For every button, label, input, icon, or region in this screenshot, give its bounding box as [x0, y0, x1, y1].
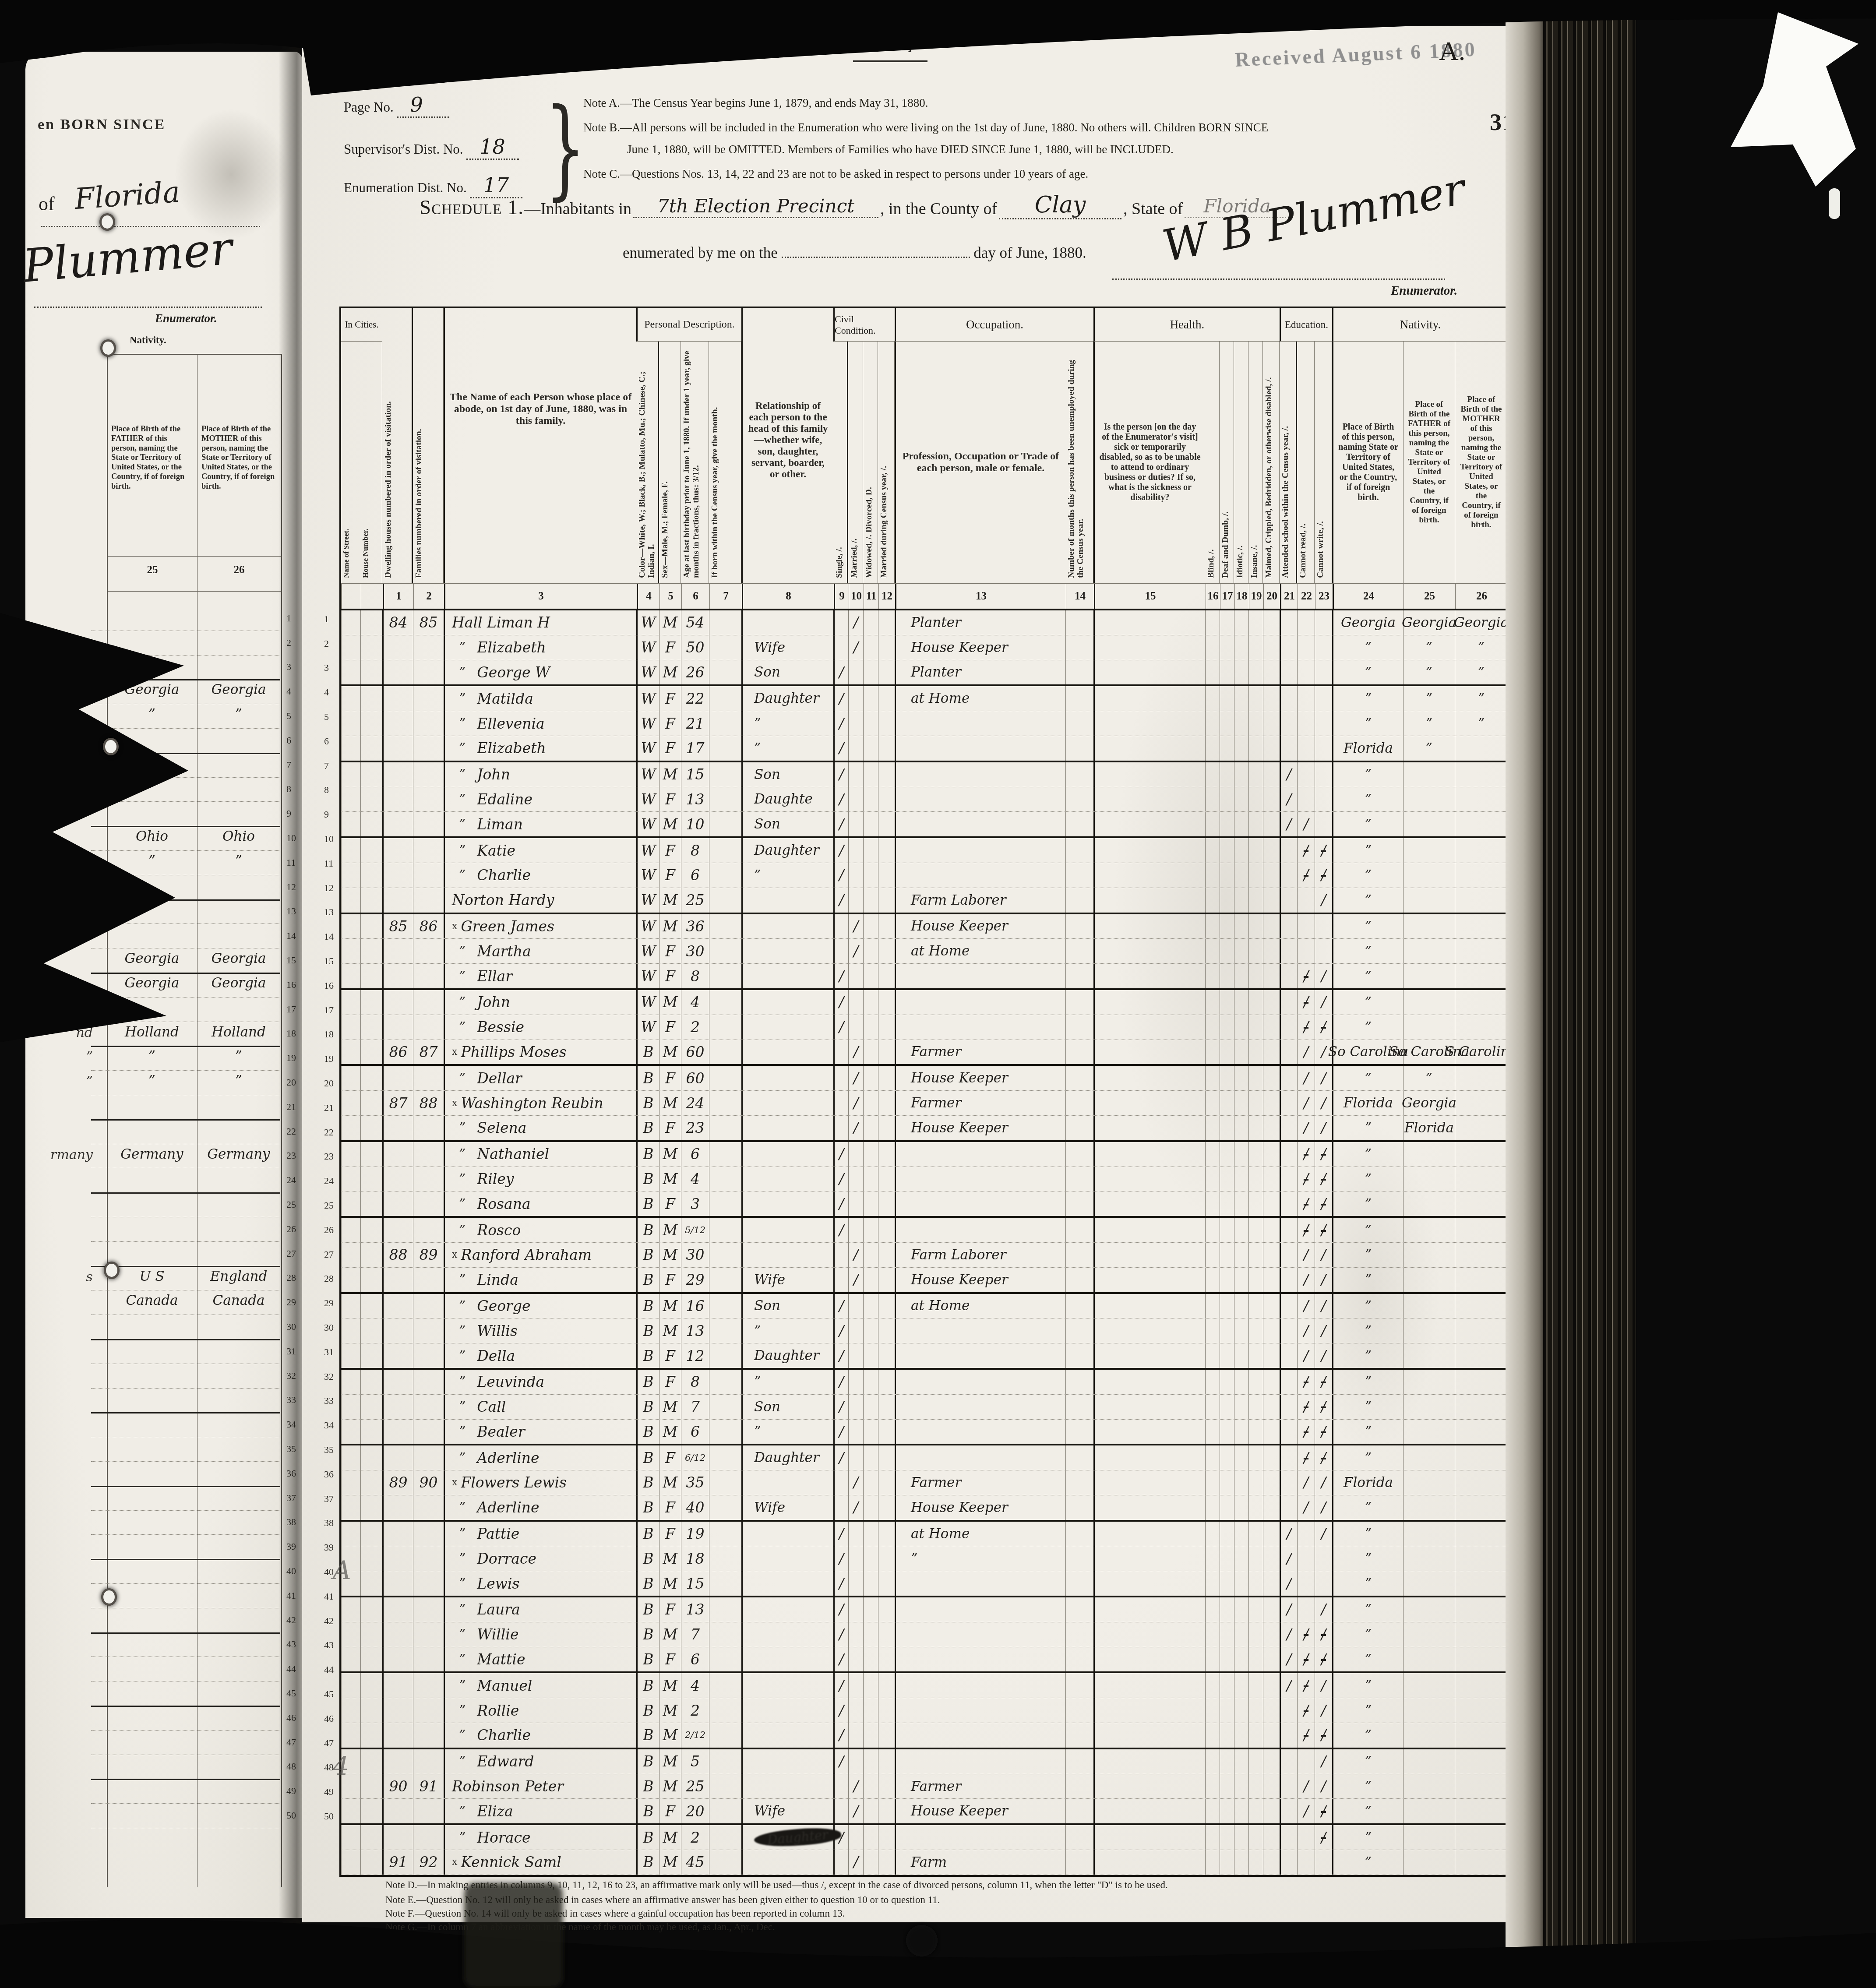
cell-sex: M [659, 812, 681, 836]
cell-unemployed [1065, 1597, 1093, 1622]
cell-married: / [848, 914, 863, 939]
cell-dwelling [382, 812, 413, 836]
cell-sickness [1093, 1825, 1205, 1850]
cell-married: / [848, 939, 863, 963]
cell-occ [895, 1343, 1065, 1368]
cell-age: 13 [681, 787, 709, 812]
cell-street [341, 939, 360, 963]
cell-dwelling [382, 1268, 413, 1292]
cell-pob-mother: S Carolina [1455, 1040, 1507, 1064]
footer-note-d: Note D.—In making entries in columns 9, … [385, 1879, 1168, 1891]
previous-page-fragment: en BORN SINCE of Florida Plummer Enumera… [25, 52, 302, 1918]
cell-widowed [863, 1318, 878, 1343]
column-number: 13 [895, 584, 1066, 609]
cell-single: / [833, 812, 848, 836]
line-number-left: 31 [324, 1340, 339, 1364]
cell-pob-mother [1455, 939, 1507, 963]
cell-marr-year [878, 1370, 895, 1394]
county-handwriting: Clay [999, 192, 1121, 219]
cell-cannot-read: / [1297, 1015, 1315, 1040]
cell-blind [1205, 812, 1220, 836]
cell-cannot-write: / [1315, 1268, 1332, 1292]
cell-pob-father: ” [1403, 711, 1455, 736]
cell-deaf [1220, 1066, 1234, 1090]
cell-idiotic [1234, 686, 1248, 711]
cell-deaf [1220, 1774, 1234, 1799]
cell-month [709, 1395, 741, 1419]
column-number: 3 [444, 584, 637, 609]
cell-insane [1248, 1191, 1263, 1216]
cell-color: B [636, 1597, 659, 1622]
cell-single [833, 1116, 848, 1140]
cell-sickness [1093, 1142, 1205, 1167]
cell-month [709, 1749, 741, 1774]
enumerator-label: Enumerator. [1391, 284, 1457, 298]
cell-pob: ” [1332, 1218, 1403, 1242]
cell-month [709, 838, 741, 863]
cell-color: B [636, 1774, 659, 1799]
cell-rel [741, 1470, 833, 1495]
line-number-left: 43 [324, 1633, 339, 1658]
cell-name: ”Aderline [444, 1495, 636, 1520]
cell-blind [1205, 1622, 1220, 1647]
cell-single: / [833, 1218, 848, 1242]
cell-color: W [636, 660, 659, 685]
cell-school [1280, 1825, 1297, 1850]
cell-insane [1248, 1647, 1263, 1672]
cell-deaf [1220, 838, 1234, 863]
cell-widowed [863, 1522, 878, 1546]
col-16-header: Blind, /. [1205, 342, 1220, 583]
cell-idiotic [1234, 660, 1248, 685]
cell-age: 36 [681, 914, 709, 939]
fragment-cut-text: rmany [27, 1147, 93, 1163]
cell-single: / [833, 1546, 848, 1571]
cell-single: / [833, 1318, 848, 1343]
cell-color: B [636, 1142, 659, 1167]
cell-married [848, 787, 863, 812]
cell-single: / [833, 1723, 848, 1748]
table-row: ”RollieBM2///” [341, 1698, 1507, 1723]
cell-month [709, 610, 741, 635]
cell-single: / [833, 888, 848, 913]
cell-marr-year [878, 838, 895, 863]
cell-age: 19 [681, 1522, 709, 1546]
cell-pob-mother [1455, 1167, 1507, 1191]
cell-pob-mother [1455, 1597, 1507, 1622]
cell-idiotic [1234, 787, 1248, 812]
cell-sickness [1093, 635, 1205, 660]
book-spine [1543, 0, 1636, 1988]
cell-idiotic [1234, 1749, 1248, 1774]
cell-name: ”Rosana [444, 1191, 636, 1216]
cell-unemployed [1065, 1142, 1093, 1167]
cell-family [413, 1495, 444, 1520]
blank-cell [342, 584, 361, 609]
cell-family: 89 [413, 1243, 444, 1267]
column-number: 14 [1066, 584, 1094, 609]
cell-widowed [863, 1597, 878, 1622]
cell-maimed [1263, 1622, 1280, 1647]
cell-color: B [636, 1647, 659, 1672]
cell-month [709, 1091, 741, 1115]
col-15-header: Is the person [on the day of the Enumera… [1093, 342, 1205, 583]
cell-occ: House Keeper [895, 1066, 1065, 1090]
fragment-row-line [91, 973, 280, 974]
cell-dwelling [382, 1522, 413, 1546]
cell-pob: ” [1332, 1343, 1403, 1368]
cell-cannot-read [1297, 762, 1315, 787]
cell-house [360, 1522, 382, 1546]
cell-family [413, 1066, 444, 1090]
cell-marr-year [878, 1191, 895, 1216]
cell-married: / [848, 1495, 863, 1520]
cell-house [360, 1218, 382, 1242]
cell-sickness [1093, 1091, 1205, 1115]
cell-pob-mother [1455, 1774, 1507, 1799]
cell-idiotic [1234, 1116, 1248, 1140]
cell-color: W [636, 736, 659, 761]
fragment-row-line [91, 1315, 280, 1315]
cell-insane [1248, 1370, 1263, 1394]
cell-cannot-read: / [1297, 812, 1315, 836]
cell-pob-father [1403, 1522, 1455, 1546]
cell-color: W [636, 1015, 659, 1040]
cell-cannot-read: / [1297, 1495, 1315, 1520]
column-number-row: 1234567891011121314151617181920212223242… [341, 583, 1507, 609]
cell-cannot-read: / [1297, 1673, 1315, 1698]
cell-maimed [1263, 863, 1280, 888]
cell-unemployed [1065, 863, 1093, 888]
cell-widowed [863, 1066, 878, 1090]
cell-pob-father [1403, 914, 1455, 939]
cell-married: / [848, 1116, 863, 1140]
cell-name: ”Ellevenia [444, 711, 636, 736]
cell-pob: ” [1332, 1116, 1403, 1140]
cell-sex: M [659, 1723, 681, 1748]
cell-marr-year [878, 1723, 895, 1748]
cell-pob-father [1403, 1294, 1455, 1318]
cell-unemployed [1065, 939, 1093, 963]
cell-marr-year [878, 863, 895, 888]
line-number-left: 37 [324, 1487, 339, 1511]
cell-marr-year [878, 1470, 895, 1495]
cell-name: ”Bessie [444, 1015, 636, 1040]
cell-rel: ” [741, 1420, 833, 1444]
cell-widowed [863, 1673, 878, 1698]
cell-family [413, 964, 444, 988]
cell-dwelling [382, 863, 413, 888]
cell-pob: ” [1332, 1318, 1403, 1343]
cell-single [833, 1470, 848, 1495]
cell-school [1280, 1470, 1297, 1495]
cell-occ: Farm Laborer [895, 888, 1065, 913]
cell-dwelling [382, 660, 413, 685]
cell-month [709, 762, 741, 787]
cell-school: / [1280, 1673, 1297, 1698]
cell-dwelling [382, 990, 413, 1015]
cell-unemployed [1065, 1218, 1093, 1242]
cell-deaf [1220, 1015, 1234, 1040]
cell-name: ”Elizabeth [444, 736, 636, 761]
cell-pob-father [1403, 964, 1455, 988]
note-b-line2: June 1, 1880, will be OMITTED. Members o… [627, 143, 1174, 156]
cell-age: 22 [681, 686, 709, 711]
cell-occ [895, 1622, 1065, 1647]
cell-single: / [833, 1370, 848, 1394]
cell-cannot-write: / [1315, 1799, 1332, 1823]
line-number-left: 30 [324, 1315, 339, 1340]
line-number-left: 49 [324, 1780, 339, 1804]
cell-age: 21 [681, 711, 709, 736]
line-number-left: 12 [324, 876, 339, 900]
cell-pob-mother [1455, 1343, 1507, 1368]
cell-cannot-read [1297, 888, 1315, 913]
cell-occ: Farm [895, 1850, 1065, 1875]
cell-cannot-write: / [1315, 1191, 1332, 1216]
cell-single: / [833, 863, 848, 888]
census-table: In Cities. Name of Street. House Number.… [339, 307, 1509, 1877]
cell-idiotic [1234, 1445, 1248, 1470]
cell-cannot-read: / [1297, 1218, 1315, 1242]
cell-pob: ” [1332, 863, 1403, 888]
cell-family [413, 1343, 444, 1368]
cell-deaf [1220, 1420, 1234, 1444]
col-26-header: Place of Birth of the MOTHER of this per… [1455, 342, 1507, 583]
binder-hole-icon [102, 342, 114, 355]
cell-single [833, 1774, 848, 1799]
cell-idiotic [1234, 1774, 1248, 1799]
cell-month [709, 1116, 741, 1140]
cell-single: / [833, 1191, 848, 1216]
cell-unemployed [1065, 711, 1093, 736]
fragment-row-line [91, 753, 280, 754]
cell-age: 10 [681, 812, 709, 836]
rule [108, 591, 281, 592]
cell-pob: ” [1332, 1015, 1403, 1040]
column-divider [197, 355, 197, 1887]
cell-dwelling [382, 1546, 413, 1571]
cell-sex: M [659, 1318, 681, 1343]
cell-street [341, 1218, 360, 1242]
cell-school [1280, 1318, 1297, 1343]
cell-deaf [1220, 1040, 1234, 1064]
cell-occ [895, 1673, 1065, 1698]
cell-sex: F [659, 1370, 681, 1394]
cell-sex: F [659, 1116, 681, 1140]
cell-maimed [1263, 1343, 1280, 1368]
cell-unemployed [1065, 812, 1093, 836]
cell-age: 15 [681, 762, 709, 787]
fragment-row-line [91, 1583, 280, 1584]
cell-single: / [833, 660, 848, 685]
cell-month [709, 1774, 741, 1799]
cell-deaf [1220, 914, 1234, 939]
cell-pob-father [1403, 1546, 1455, 1571]
fragment-cut-text: s [27, 1269, 93, 1285]
note-a: Note A.—The Census Year begins June 1, 1… [583, 96, 928, 110]
cell-widowed [863, 1698, 878, 1723]
line-number-left: 23 [324, 1145, 339, 1169]
cell-cannot-read: / [1297, 1343, 1315, 1368]
cell-color: B [636, 1495, 659, 1520]
cell-street [341, 1825, 360, 1850]
cell-street [341, 1470, 360, 1495]
cell-marr-year [878, 787, 895, 812]
cell-insane [1248, 686, 1263, 711]
cell-cannot-write [1315, 610, 1332, 635]
cell-house [360, 863, 382, 888]
column-number: 16 [1206, 584, 1220, 609]
cell-single [833, 635, 848, 660]
cell-dwelling [382, 686, 413, 711]
footer-note-f: Note F.—Question No. 14 will only be ask… [385, 1908, 845, 1919]
cell-occ: at Home [895, 1522, 1065, 1546]
cell-occ [895, 1015, 1065, 1040]
cell-deaf [1220, 1343, 1234, 1368]
column-number: 1 [383, 584, 413, 609]
cell-insane [1248, 610, 1263, 635]
cell-single: / [833, 686, 848, 711]
cell-pob: ” [1332, 1825, 1403, 1850]
col-21-header: Attended school within the Census year, … [1280, 342, 1297, 583]
cell-family [413, 1218, 444, 1242]
cell-pob-mother: ” [1455, 635, 1507, 660]
cell-unemployed [1065, 1850, 1093, 1875]
cell-sickness [1093, 1774, 1205, 1799]
cell-single: / [833, 1647, 848, 1672]
fragment-cut-text: uhu [27, 781, 93, 796]
cell-married: / [848, 1040, 863, 1064]
cell-dwelling [382, 1066, 413, 1090]
cell-name: ”Manuel [444, 1673, 636, 1698]
cell-insane [1248, 1546, 1263, 1571]
cell-rel [741, 1167, 833, 1191]
cell-age: 60 [681, 1066, 709, 1090]
cell-color: B [636, 1370, 659, 1394]
cell-maimed [1263, 1116, 1280, 1140]
cell-widowed [863, 1015, 878, 1040]
cell-cannot-write [1315, 787, 1332, 812]
cell-deaf [1220, 1622, 1234, 1647]
table-row: ”CharlieWF6”///” [341, 863, 1507, 888]
cell-street [341, 812, 360, 836]
cell-pob: ” [1332, 838, 1403, 863]
cell-pob: Georgia [1332, 610, 1403, 635]
fragment-row-line [91, 1632, 280, 1634]
cell-sex: M [659, 1294, 681, 1318]
cell-deaf [1220, 888, 1234, 913]
cell-age: 45 [681, 1850, 709, 1875]
cell-unemployed [1065, 1622, 1093, 1647]
cell-marr-year [878, 1495, 895, 1520]
cell-unemployed [1065, 1420, 1093, 1444]
cell-blind [1205, 1015, 1220, 1040]
cell-house [360, 1647, 382, 1672]
cell-month [709, 1218, 741, 1242]
cell-single [833, 1495, 848, 1520]
cell-age: 5 [681, 1749, 709, 1774]
cell-cannot-write: / [1315, 1142, 1332, 1167]
cell-unemployed [1065, 838, 1093, 863]
cell-deaf [1220, 1825, 1234, 1850]
cell-single [833, 939, 848, 963]
cell-street [341, 863, 360, 888]
cell-pob: Florida [1332, 1470, 1403, 1495]
cell-idiotic [1234, 1799, 1248, 1823]
cell-color: W [636, 863, 659, 888]
cell-marr-year [878, 1066, 895, 1090]
cell-married [848, 1191, 863, 1216]
cell-dwelling: 91 [382, 1850, 413, 1875]
cell-school: / [1280, 1571, 1297, 1596]
cell-dwelling [382, 1420, 413, 1444]
cell-school [1280, 1749, 1297, 1774]
cell-month [709, 1571, 741, 1596]
enumeration-dist-label: Enumeration Dist. No. [344, 180, 467, 195]
cell-single [833, 610, 848, 635]
cell-unemployed [1065, 1191, 1093, 1216]
cell-rel: ” [741, 1370, 833, 1394]
cell-insane [1248, 1318, 1263, 1343]
cell-school [1280, 1243, 1297, 1267]
cell-idiotic [1234, 1191, 1248, 1216]
cell-pob-father [1403, 1470, 1455, 1495]
cell-street [341, 1445, 360, 1470]
cell-marr-year [878, 1749, 895, 1774]
cell-cannot-write: / [1315, 1723, 1332, 1748]
line-number-left: 10 [324, 827, 339, 851]
cell-pob: ” [1332, 1066, 1403, 1090]
cell-deaf [1220, 1243, 1234, 1267]
cell-insane [1248, 939, 1263, 963]
cell-pob: ” [1332, 686, 1403, 711]
cell-maimed [1263, 1445, 1280, 1470]
cell-dwelling: 90 [382, 1774, 413, 1799]
cell-marr-year [878, 1167, 895, 1191]
cell-unemployed [1065, 1799, 1093, 1823]
cell-pob-mother [1455, 1495, 1507, 1520]
supervisor-dist-field: Supervisor's Dist. No. 18 [344, 135, 519, 160]
cell-sickness [1093, 1850, 1205, 1875]
cell-pob-father: Georgia [1403, 610, 1455, 635]
cell-cannot-read: / [1297, 1268, 1315, 1292]
line-number-left: 18 [324, 1022, 339, 1047]
col-12-header: Married during Census year, /. [878, 342, 895, 583]
cell-color: B [636, 1445, 659, 1470]
cell-name: ”Ellar [444, 964, 636, 988]
line-number-left: 25 [324, 1193, 339, 1218]
cell-unemployed [1065, 787, 1093, 812]
cell-insane [1248, 1268, 1263, 1292]
cell-color: B [636, 1040, 659, 1064]
cell-blind [1205, 610, 1220, 635]
cell-age: 13 [681, 1597, 709, 1622]
cell-rel [741, 1546, 833, 1571]
cell-single: / [833, 1015, 848, 1040]
cell-rel [741, 1066, 833, 1090]
cell-marr-year [878, 914, 895, 939]
cell-married [848, 1318, 863, 1343]
cell-cannot-read: / [1297, 1723, 1315, 1748]
cell-color: W [636, 964, 659, 988]
cell-insane [1248, 1850, 1263, 1875]
cell-unemployed [1065, 1040, 1093, 1064]
col-6-header: Age at last birthday prior to June 1, 18… [681, 342, 709, 583]
cell-school [1280, 964, 1297, 988]
cell-street [341, 660, 360, 685]
cell-school [1280, 1167, 1297, 1191]
